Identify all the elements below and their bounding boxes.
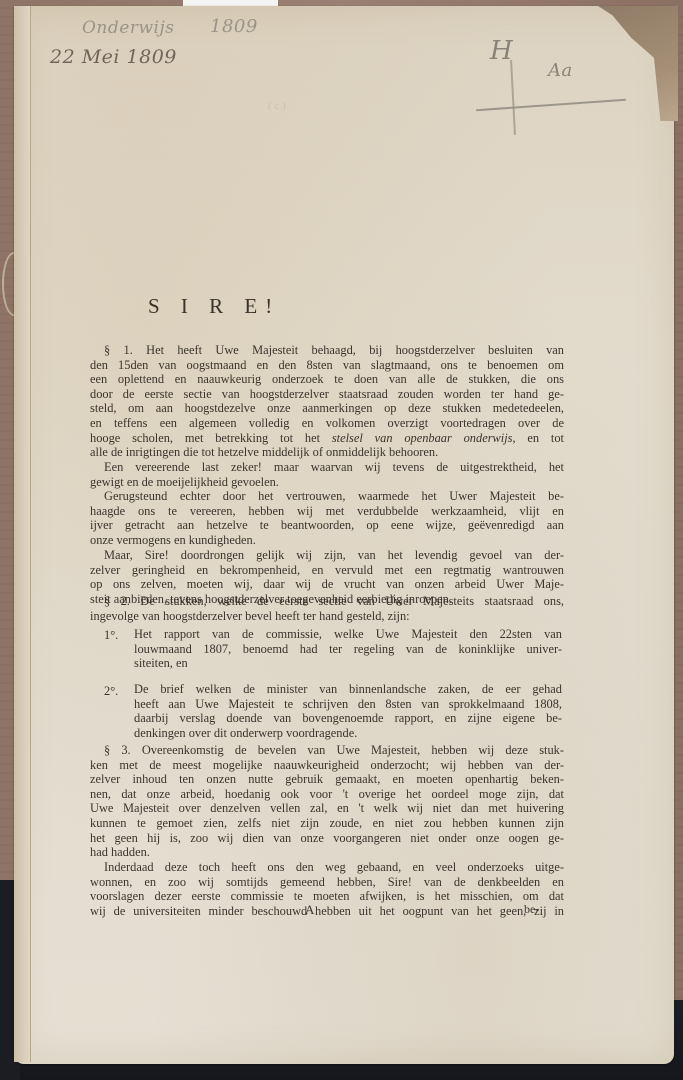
signature-mark: A bbox=[305, 902, 314, 918]
italic-phrase: stelsel van openbaar onderwijs bbox=[332, 431, 513, 445]
show-through-text: ( c ) bbox=[268, 100, 286, 112]
paragraph-section-3: § 3. Overeenkomstig de bevelen van Uwe M… bbox=[90, 743, 564, 860]
text-line: onze vermogens en kundigheden. bbox=[90, 533, 564, 548]
text-line: Het rapport van de commissie, welke Uwe … bbox=[134, 627, 562, 642]
text-line: kunnen te gemoet zien, zelfs niet zijn z… bbox=[90, 816, 564, 831]
ink-date-note: 22 Mei 1809 bbox=[50, 46, 177, 68]
text-line: door de eerste sectie van hoogstderzelve… bbox=[90, 387, 564, 402]
text-line: haagde ons te vereeren, hebben wij met v… bbox=[90, 504, 564, 519]
text-line: heeft aan Uwe Majesteit te schrijven den… bbox=[134, 697, 562, 712]
text-line: Een vereerende last zeker! maar waarvan … bbox=[90, 460, 564, 475]
text-line: Maar, Sire! doordrongen gelijk wij zijn,… bbox=[90, 548, 564, 563]
text-line: den 15den van oogstmaand en den 8sten va… bbox=[90, 358, 564, 373]
pencil-initials: Aa bbox=[548, 60, 573, 81]
list-item-1: Het rapport van de commissie, welke Uwe … bbox=[134, 627, 562, 671]
catchword: be- bbox=[524, 902, 539, 917]
text-line: Inderdaad deze toch heeft ons den weg ge… bbox=[90, 860, 564, 875]
text-span: hooge scholen, met betrekking tot het bbox=[90, 431, 332, 445]
text-line: wonnen, en zoo wij somtijds gemeend hebb… bbox=[90, 875, 564, 890]
text-line: en teffens een algemeen volledig en volk… bbox=[90, 416, 564, 431]
document-title: S I R E! bbox=[148, 294, 280, 319]
pencil-note-subject: Onderwijs bbox=[82, 18, 174, 38]
text-line: gewigt en de moeijelijkheid gevoelen. bbox=[90, 475, 564, 490]
text-line: § 3. Overeenkomstig de bevelen van Uwe M… bbox=[90, 743, 564, 758]
text-line: op ons zelven, moeten wij, daar wij de v… bbox=[90, 577, 564, 592]
paragraph-2: Een vereerende last zeker! maar waarvan … bbox=[90, 460, 564, 489]
list-item-2: De brief welken de minister van binnenla… bbox=[134, 682, 562, 740]
text-line: voorslagen dezer eerste commissie te moe… bbox=[90, 889, 564, 904]
text-line: siteiten, en bbox=[134, 656, 562, 671]
text-line: De brief welken de minister van binnenla… bbox=[134, 682, 562, 697]
text-line: Gerugsteund echter door het vertrouwen, … bbox=[90, 489, 564, 504]
text-line: § 1. Het heeft Uwe Majesteit behaagd, bi… bbox=[90, 343, 564, 358]
text-line: zelver geringheid en bekrompenheid, en v… bbox=[90, 563, 564, 578]
paragraph-7: Inderdaad deze toch heeft ons den weg ge… bbox=[90, 860, 564, 918]
text-line: denkingen over dit onderwerp voordragend… bbox=[134, 726, 562, 741]
text-line: steld, om aan hoogstdezelve onze aanmerk… bbox=[90, 401, 564, 416]
text-line: had hadden. bbox=[90, 845, 564, 860]
text-line: wij de universiteiten minder beschouwd h… bbox=[90, 904, 564, 919]
text-line: ingevolge van hoogstderzelver bevel heef… bbox=[90, 609, 564, 624]
text-line: hooge scholen, met betrekking tot het st… bbox=[90, 431, 564, 446]
list-item-number: 1°. bbox=[104, 628, 118, 643]
text-line: zelver inhoud ten onzen nutte gebruik ge… bbox=[90, 772, 564, 787]
text-line: alle de inrigtingen die tot hetzelve mid… bbox=[90, 445, 564, 460]
paragraph-1: § 1. Het heeft Uwe Majesteit behaagd, bi… bbox=[90, 343, 564, 460]
page-stack-edge bbox=[14, 6, 31, 1062]
text-line: nen, dat onze arbeid, hoedanig ook voor … bbox=[90, 787, 564, 802]
paragraph-section-2: § 2. De stukken, welke de eerste sectie … bbox=[90, 594, 564, 623]
text-line: louwmaand 1807, benoemd had ter regeling… bbox=[134, 642, 562, 657]
text-line: ijver getracht aan hetzelve te beantwoor… bbox=[90, 518, 564, 533]
pencil-note-year: 1809 bbox=[210, 16, 258, 37]
text-line: § 2. De stukken, welke de eerste sectie … bbox=[90, 594, 564, 609]
list-item-number: 2°. bbox=[104, 684, 118, 699]
text-line: een oplettend en naauwkeurig onderzoek t… bbox=[90, 372, 564, 387]
text-line: daarbij verslag doende van bovengenoemde… bbox=[134, 711, 562, 726]
text-span: , en tot bbox=[513, 431, 564, 445]
paragraph-3: Gerugsteund echter door het vertrouwen, … bbox=[90, 489, 564, 547]
text-line: Uwe Majesteit over denzelven vellen zal,… bbox=[90, 801, 564, 816]
text-line: het geen hij is, zoo wij dien van onze v… bbox=[90, 831, 564, 846]
text-line: ken met de meest mogelijke naauwkeurighe… bbox=[90, 758, 564, 773]
